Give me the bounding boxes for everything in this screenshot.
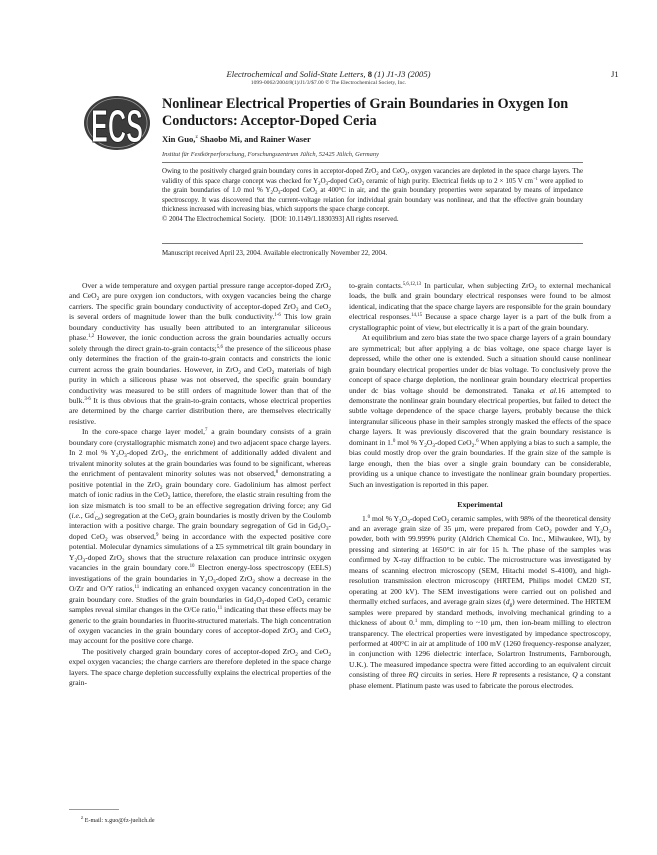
- corresponding-author-mark: z: [195, 134, 197, 140]
- author-name: Xin Guo: [162, 134, 193, 144]
- section-heading-experimental: Experimental: [349, 500, 611, 510]
- copyright-line: © 2004 The Electrochemical Society. [DOI…: [162, 215, 583, 225]
- author-list: Xin Guo,z Shaobo Mi, and Rainer Waser: [162, 134, 311, 144]
- page-number: J1: [611, 69, 619, 79]
- received-date: Manuscript received April 23, 2004. Avai…: [162, 250, 387, 257]
- paragraph: Over a wide temperature and oxygen parti…: [69, 281, 331, 427]
- body-column-right: to-grain contacts.5,6,12,13 In particula…: [349, 281, 611, 691]
- doi-link[interactable]: [DOI: 10.1149/1.1830393]: [270, 216, 344, 223]
- paragraph: The positively charged grain boundary co…: [69, 647, 331, 689]
- footnote-divider: [69, 809, 119, 810]
- journal-name: Electrochemical and Solid-State Letters: [227, 69, 364, 79]
- abstract: Owing to the positively charged grain bo…: [162, 167, 583, 224]
- footnote: z E-mail: x.guo@fz-juelich.de: [81, 815, 155, 824]
- affiliation: Institut für Festkörperforschung, Forsch…: [162, 151, 379, 158]
- copyright: © 2004 The Electrochemical Society.: [162, 216, 265, 223]
- author-name: Shaobo Mi, and Rainer Waser: [200, 134, 311, 144]
- paragraph: to-grain contacts.5,6,12,13 In particula…: [349, 281, 611, 333]
- article-title: Nonlinear Electrical Properties of Grain…: [162, 96, 582, 130]
- paragraph: At equilibrium and zero bias state the t…: [349, 333, 611, 490]
- ecs-logo-icon: ECS: [83, 94, 151, 152]
- divider: [162, 162, 583, 163]
- body-column-left: Over a wide temperature and oxygen parti…: [69, 281, 331, 689]
- footnote-email[interactable]: E-mail: x.guo@fz-juelich.de: [85, 818, 155, 824]
- abstract-text: Owing to the positively charged grain bo…: [162, 167, 583, 215]
- issn-line: 1099-0062/2004/8(1)/J1/3/$7.00 © The Ele…: [0, 80, 657, 86]
- svg-text:ECS: ECS: [91, 100, 143, 152]
- journal-citation: Electrochemical and Solid-State Letters,…: [0, 69, 657, 79]
- paragraph: In the core-space charge layer model,7 a…: [69, 427, 331, 647]
- paragraph: 1.0 mol % Y2O3-doped CeO2 ceramic sample…: [349, 514, 611, 692]
- rights: All rights reserved.: [346, 216, 399, 223]
- footnote-mark: z: [81, 815, 83, 821]
- journal-issue-pages: (1) J1-J3 (2005): [372, 69, 430, 79]
- divider: [162, 243, 583, 244]
